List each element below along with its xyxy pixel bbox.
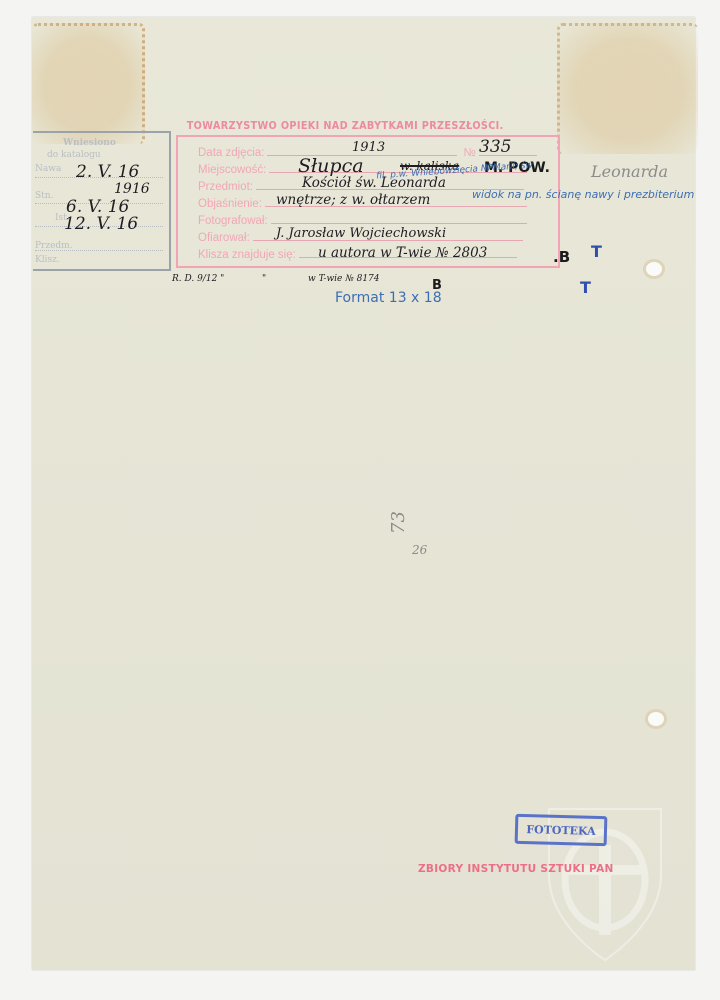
catalog-date-3: 12. V. 16 bbox=[64, 214, 138, 234]
fototeka-stamp: FOTOTEKA bbox=[515, 814, 608, 846]
catalog-label: Stn. bbox=[35, 191, 53, 201]
subject-pencil-addition: Leonarda bbox=[591, 162, 668, 181]
glue-stain-left bbox=[32, 23, 145, 144]
catalog-date-year: 1916 bbox=[114, 181, 150, 197]
punch-hole-upper bbox=[646, 262, 662, 276]
catalog-heading-2: do katalogu bbox=[47, 150, 101, 160]
format-note: Format 13 x 18 bbox=[335, 290, 442, 306]
catalog-heading-1: Wniesiono bbox=[63, 138, 116, 148]
label-negative: Klisza znajduje się: bbox=[198, 249, 296, 261]
ditto-mark: " bbox=[262, 274, 266, 284]
glue-stain-right bbox=[557, 23, 698, 154]
form-row-photographer: Fotografował: bbox=[198, 209, 527, 227]
pencil-mark: 73 bbox=[388, 511, 409, 534]
tow-number: w T-wie № 8174 bbox=[308, 274, 380, 284]
collection-stamp: ZBIORY INSTYTUTU SZTUKI PAN bbox=[418, 863, 614, 875]
catalog-label: Klisz. bbox=[35, 255, 60, 265]
catalog-date-1: 2. V. 16 bbox=[76, 162, 139, 182]
value-donor: J. Jarosław Wojciechowski bbox=[276, 226, 446, 241]
value-date: 1913 bbox=[352, 140, 385, 155]
value-place: Słupca bbox=[298, 155, 364, 177]
value-number: 335 bbox=[479, 137, 511, 157]
description-annotation-blue: widok na pn. ścianę nawy i prezbiterium bbox=[472, 188, 697, 202]
blue-t-mark: T bbox=[591, 242, 602, 261]
negative-stamp-suffix: .B bbox=[553, 248, 570, 266]
rd-note: R. D. 9/12 " bbox=[172, 274, 224, 284]
blue-t-mark: T bbox=[580, 278, 591, 297]
punch-hole-lower bbox=[648, 712, 664, 726]
catalog-label: Nawa bbox=[35, 164, 61, 174]
value-description: wnętrze; z w. ołtarzem bbox=[276, 192, 430, 208]
pencil-sub-mark: 26 bbox=[412, 543, 427, 557]
society-header: TOWARZYSTWO OPIEKI NAD ZABYTKAMI PRZESZŁ… bbox=[178, 119, 512, 132]
value-negative: u autora w T-wie № 2803 bbox=[318, 245, 487, 261]
